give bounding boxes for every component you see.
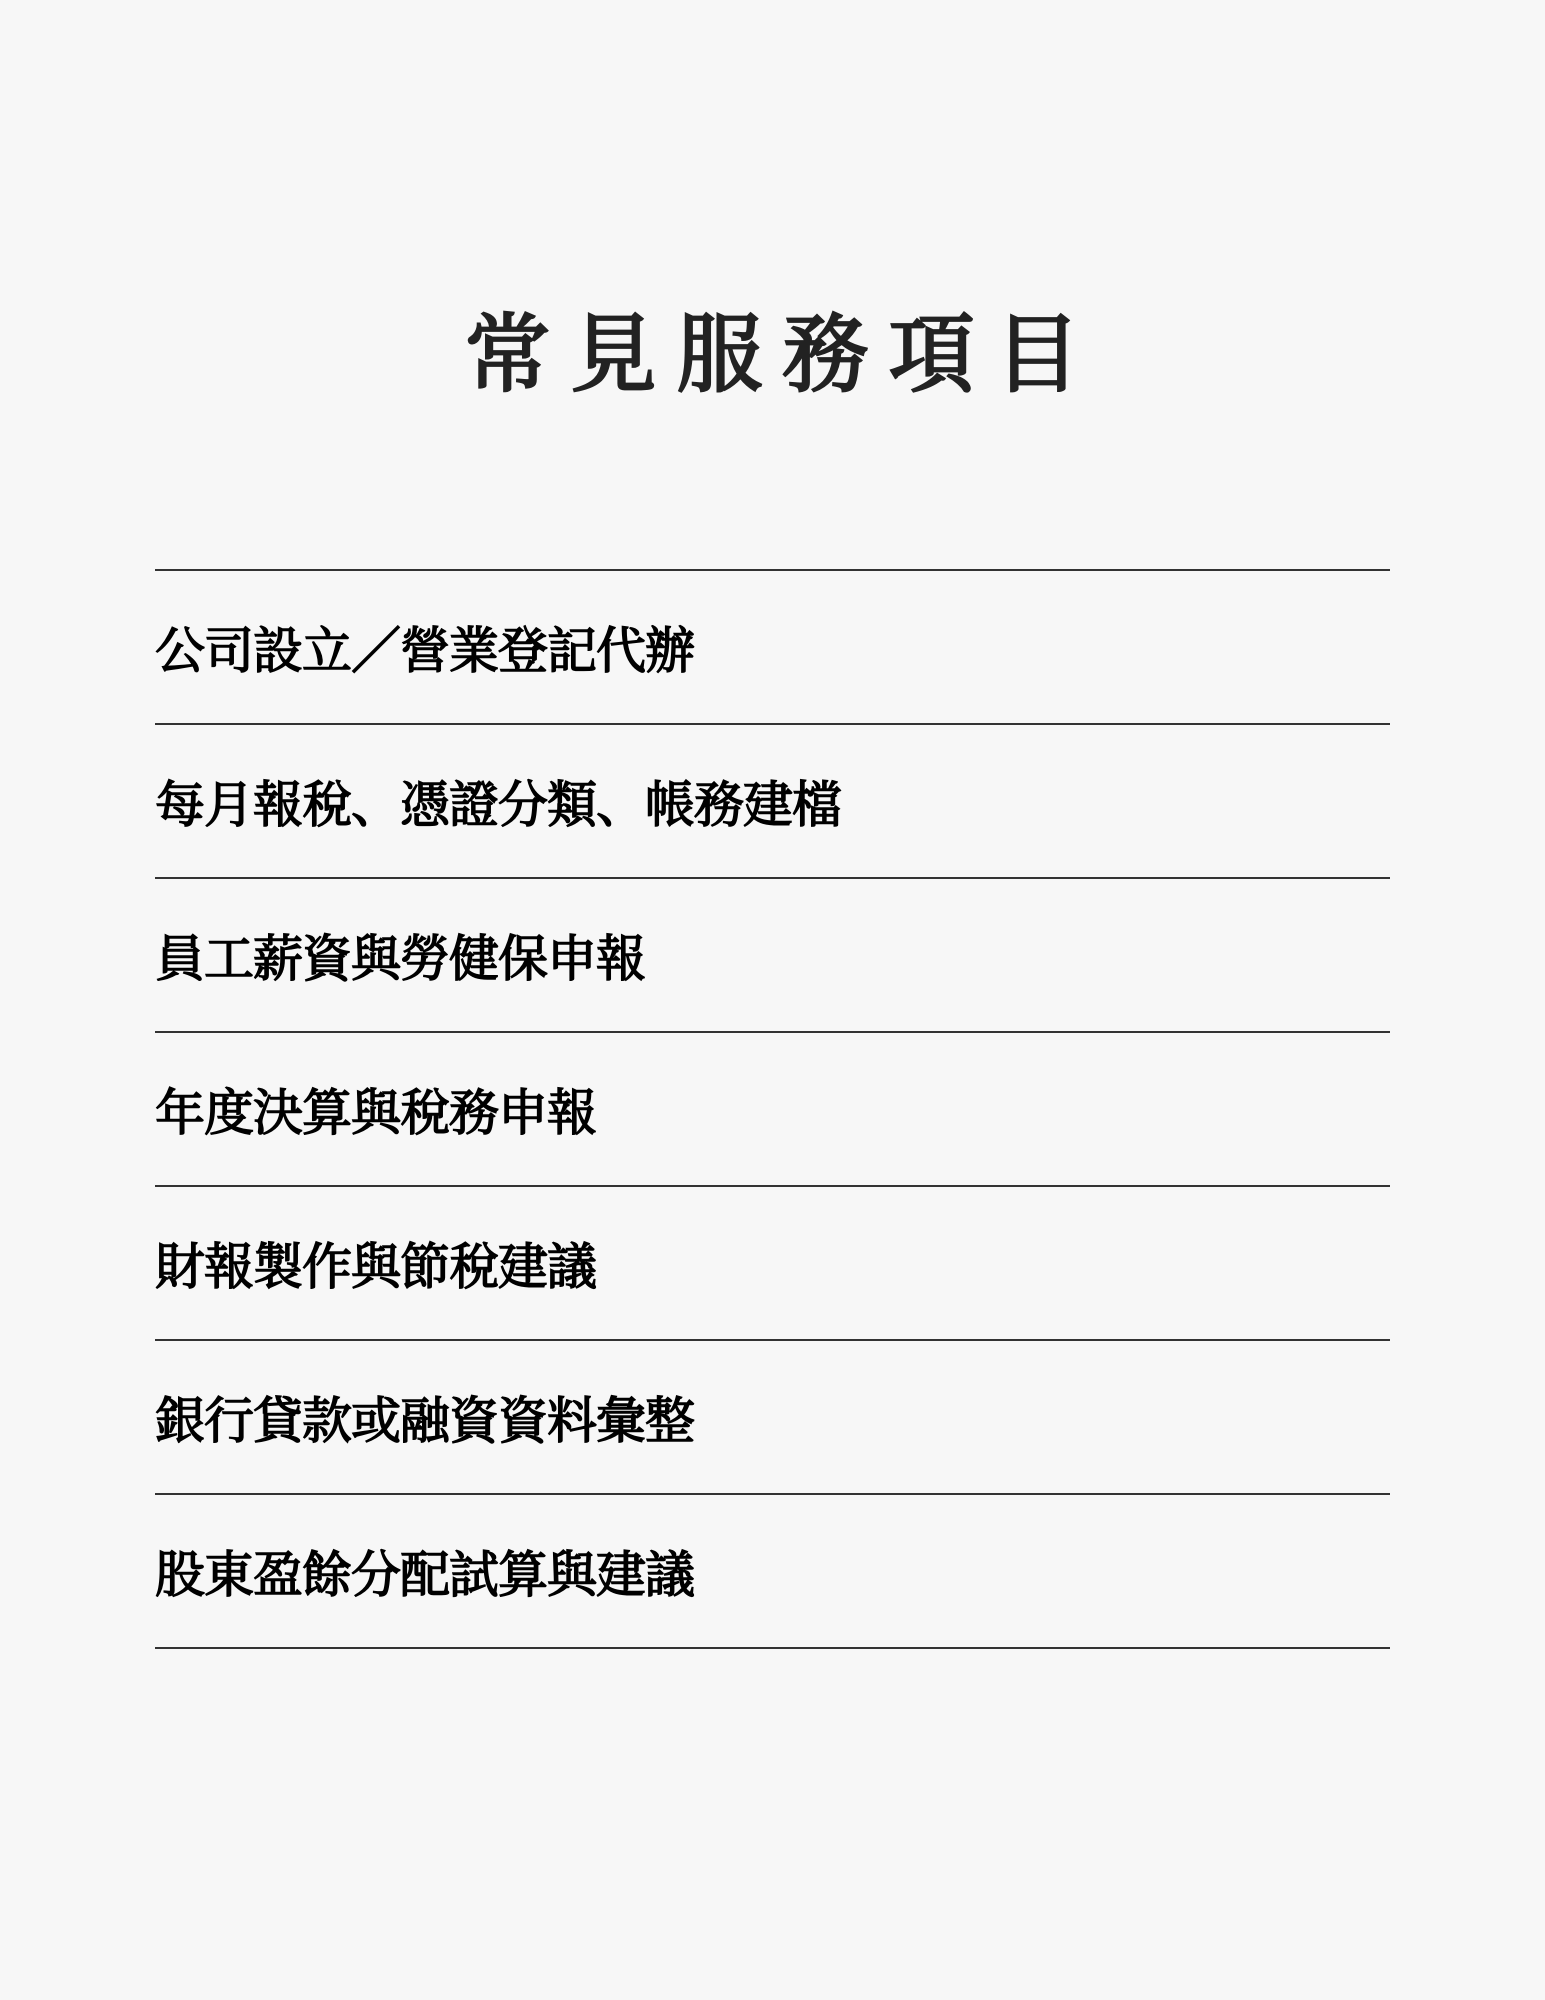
service-item: 股東盈餘分配試算與建議 [155,1495,1390,1649]
page-title: 常見服務項目 [0,300,1545,410]
service-item: 財報製作與節稅建議 [155,1187,1390,1341]
service-item: 員工薪資與勞健保申報 [155,879,1390,1033]
service-item: 年度決算與稅務申報 [155,1033,1390,1187]
service-list: 公司設立／營業登記代辦 每月報稅、憑證分類、帳務建檔 員工薪資與勞健保申報 年度… [155,569,1390,1649]
service-item: 銀行貸款或融資資料彙整 [155,1341,1390,1495]
service-item: 每月報稅、憑證分類、帳務建檔 [155,725,1390,879]
service-item: 公司設立／營業登記代辦 [155,571,1390,725]
